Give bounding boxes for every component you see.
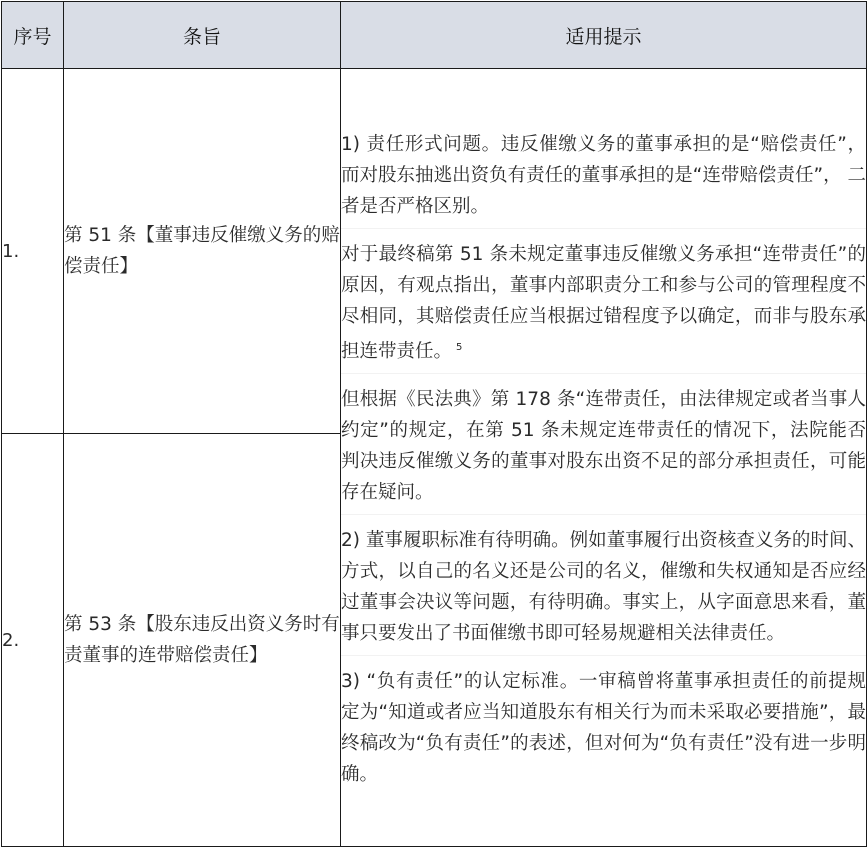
header-article: 条旨 [64, 2, 341, 69]
row-article: 第 51 条【董事违反催缴义务的赔偿责任】 [64, 69, 341, 434]
tip-text: 3) “负有责任”的认定标准。一审稿曾将董事承担责任的前提规定为“知道或者应当知… [341, 671, 866, 785]
table-row: 1. 第 51 条【董事违反催缴义务的赔偿责任】 1) 责任形式问题。违反催缴义… [2, 69, 867, 434]
row-index: 2. [2, 434, 64, 847]
tip-paragraph: 但根据《民法典》第 178 条“连带责任，由法律规定或者当事人约定”的规定，在第… [341, 374, 866, 515]
tip-text: 1) 责任形式问题。违反催缴义务的董事承担的是“赔偿责任”，而对股东抽逃出资负有… [341, 134, 866, 217]
tip-paragraph: 对于最终稿第 51 条未规定董事违反催缴义务承担“连带责任”的原因，有观点指出，… [341, 229, 866, 374]
tip-text: 对于最终稿第 51 条未规定董事违反催缴义务承担“连带责任”的原因，有观点指出，… [341, 244, 866, 362]
provisions-table: 序号 条旨 适用提示 1. 第 51 条【董事违反催缴义务的赔偿责任】 1) 责… [1, 1, 867, 847]
tip-paragraph: 1) 责任形式问题。违反催缴义务的董事承担的是“赔偿责任”，而对股东抽逃出资负有… [341, 119, 866, 229]
footnote-marker[interactable]: 5 [456, 342, 462, 353]
row-article: 第 53 条【股东违反出资义务时有责董事的连带赔偿责任】 [64, 434, 341, 847]
tip-paragraph: 2) 董事履职标准有待明确。例如董事履行出资核查义务的时间、方式，以自己的名义还… [341, 515, 866, 656]
row-index: 1. [2, 69, 64, 434]
header-index: 序号 [2, 2, 64, 69]
tip-text: 2) 董事履职标准有待明确。例如董事履行出资核查义务的时间、方式，以自己的名义还… [341, 530, 866, 644]
tip-paragraph: 3) “负有责任”的认定标准。一审稿曾将董事承担责任的前提规定为“知道或者应当知… [341, 656, 866, 796]
table-header-row: 序号 条旨 适用提示 [2, 2, 867, 69]
tips-cell: 1) 责任形式问题。违反催缴义务的董事承担的是“赔偿责任”，而对股东抽逃出资负有… [341, 69, 867, 847]
tip-text: 但根据《民法典》第 178 条“连带责任，由法律规定或者当事人约定”的规定，在第… [341, 389, 866, 503]
header-tips: 适用提示 [341, 2, 867, 69]
